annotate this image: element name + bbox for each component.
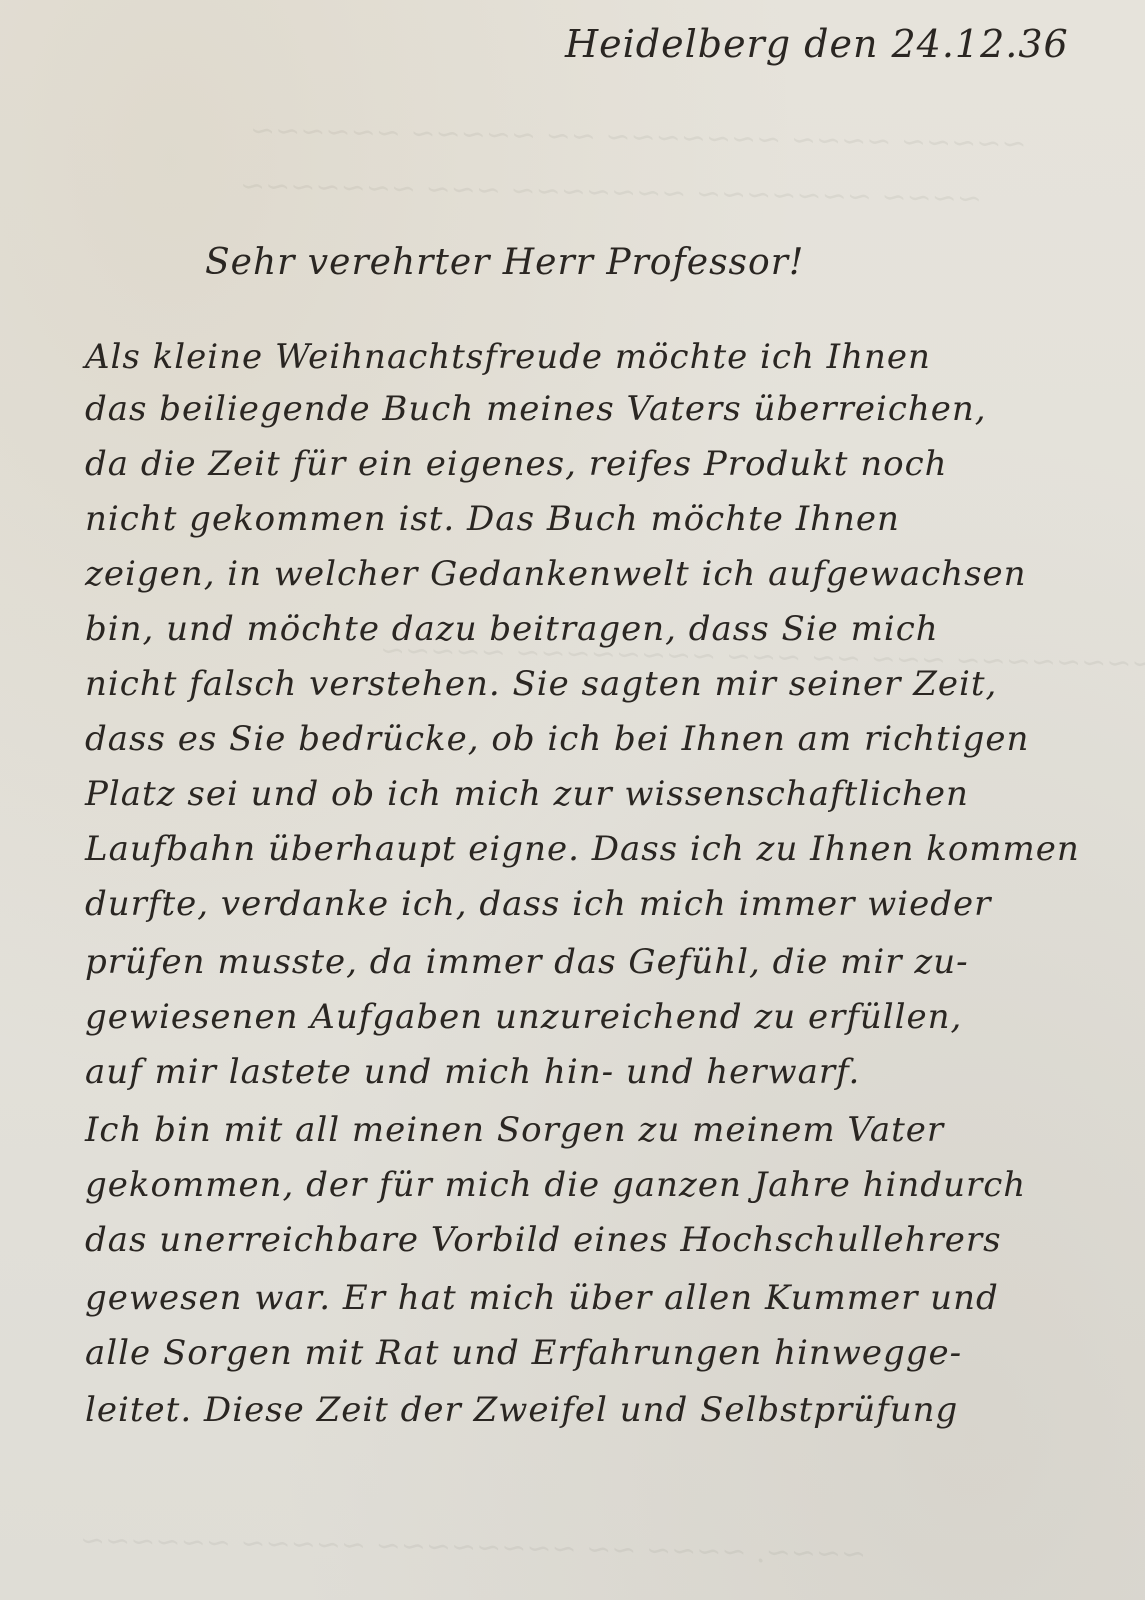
body-line: auf mir lastete und mich hin- und herwar… (85, 1055, 860, 1089)
letter-page: ~~~~~ ~~~~ ~~~~~~~ ~~ ~~~~~ ~~~~~~ ~~~~ … (0, 0, 1145, 1600)
bleed-through-text: ~~~~~ ~~~~ ~~~~~~~ ~~ ~~~~~ ~~~~~~ (250, 113, 1027, 162)
body-line: Laufbahn überhaupt eigne. Dass ich zu Ih… (85, 832, 1080, 866)
place-and-date: Heidelberg den 24.12.36 (565, 22, 1069, 66)
body-line: gekommen, der für mich die ganzen Jahre … (85, 1168, 1026, 1202)
body-line: nicht falsch verstehen. Sie sagten mir s… (85, 667, 997, 701)
body-line: das unerreichbare Vorbild eines Hochschu… (85, 1223, 1002, 1257)
body-line: leitet. Diese Zeit der Zweifel und Selbs… (85, 1393, 958, 1427)
body-line: das beiliegende Buch meines Vaters überr… (85, 392, 987, 426)
body-line: alle Sorgen mit Rat und Erfahrungen hinw… (85, 1336, 962, 1370)
bleed-through-text: ~~~~ ~~~~~~~ ~~~~~~~ ~~~ ~~~~~~~ (240, 169, 982, 217)
bleed-through-text: ~~~~. ~~~~ ~~ ~~~~~~~~ ~~~~~ ~~~~~~ (80, 1523, 867, 1572)
body-line: gewesen war. Er hat mich über allen Kumm… (85, 1281, 999, 1315)
body-line: da die Zeit für ein eigenes, reifes Prod… (85, 447, 948, 481)
body-line: prüfen musste, da immer das Gefühl, die … (85, 945, 969, 979)
body-line: Platz sei und ob ich mich zur wissenscha… (85, 777, 969, 811)
body-line: dass es Sie bedrücke, ob ich bei Ihnen a… (85, 722, 1029, 756)
body-line: durfte, verdanke ich, dass ich mich imme… (85, 887, 991, 921)
body-line: zeigen, in welcher Gedankenwelt ich aufg… (85, 557, 1027, 591)
body-line: Als kleine Weihnachtsfreude möchte ich I… (85, 340, 931, 374)
body-line: bin, und möchte dazu beitragen, dass Sie… (85, 612, 939, 646)
salutation: Sehr verehrter Herr Professor! (205, 242, 804, 283)
body-line: nicht gekommen ist. Das Buch möchte Ihne… (85, 502, 900, 536)
body-line: Ich bin mit all meinen Sorgen zu meinem … (85, 1113, 944, 1147)
body-line: gewiesenen Aufgaben unzureichend zu erfü… (85, 1000, 962, 1034)
